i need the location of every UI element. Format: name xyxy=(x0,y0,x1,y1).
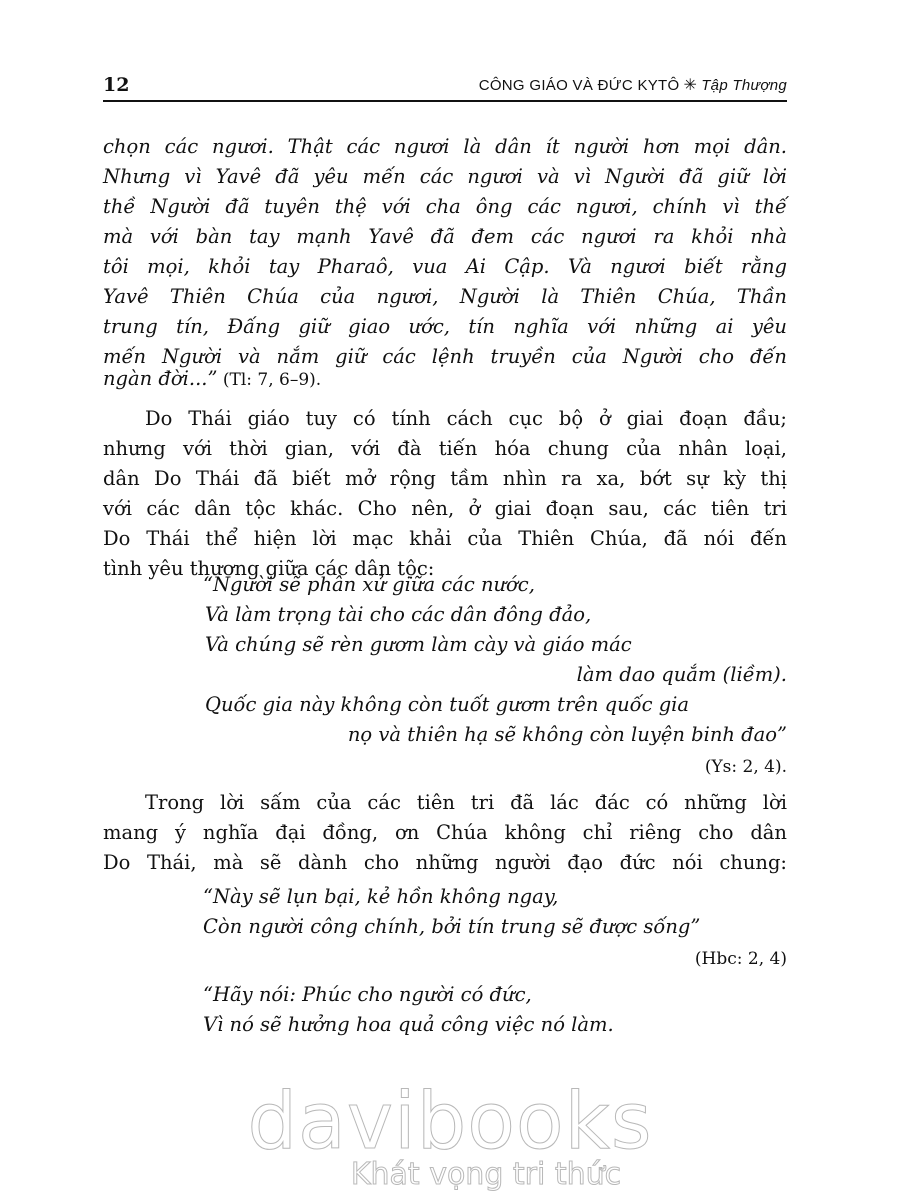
volume-label: Tập Thượng xyxy=(701,77,787,94)
verse-line: “Hãy nói: Phúc cho người có đức, xyxy=(203,980,532,1010)
citation: (Hbc: 2, 4) xyxy=(695,944,787,974)
verse-line: “Này sẽ lụn bại, kẻ hồn không ngay, xyxy=(203,882,558,912)
paragraph-line: Do Thái, mà sẽ dành cho những người đạo … xyxy=(103,848,787,878)
verse-line: làm dao quắm (liềm). xyxy=(577,660,787,690)
verse-line: nọ và thiên hạ sẽ không còn luyện binh đ… xyxy=(348,720,787,750)
quote-line: Nhưng vì Yavê đã yêu mến các ngươi và vì… xyxy=(103,162,787,192)
verse-line: Còn người công chính, bởi tín trung sẽ đ… xyxy=(203,912,700,942)
quote-line: Yavê Thiên Chúa của ngươi, Người là Thiê… xyxy=(103,282,787,312)
paragraph-line: Do Thái thể hiện lời mạc khải của Thiên … xyxy=(103,524,787,554)
book-page: 12 CÔNG GIÁO VÀ ĐỨC KYTÔ✳Tập Thượng chọn… xyxy=(0,0,900,1200)
running-title: CÔNG GIÁO VÀ ĐỨC KYTÔ✳Tập Thượng xyxy=(479,76,787,96)
verse-line: Và làm trọng tài cho các dân đông đảo, xyxy=(205,600,591,630)
verse-line: “Người sẽ phân xử giữa các nước, xyxy=(203,570,535,600)
paragraph-line: với các dân tộc khác. Cho nên, ở giai đo… xyxy=(103,494,787,524)
asterisk-ornament-icon: ✳ xyxy=(684,77,698,94)
watermark-tagline: Khát vọng tri thức xyxy=(36,1158,900,1192)
paragraph-line: mang ý nghĩa đại đồng, ơn Chúa không chỉ… xyxy=(103,818,787,848)
page-number: 12 xyxy=(103,74,129,96)
paragraph-line: Trong lời sấm của các tiên tri đã lác đá… xyxy=(145,788,787,818)
quote-line: mà với bàn tay mạnh Yavê đã đem các ngươ… xyxy=(103,222,787,252)
book-title: CÔNG GIÁO VÀ ĐỨC KYTÔ xyxy=(479,77,680,94)
quote-last-line: ngàn đời...” (Tl: 7, 6–9). xyxy=(103,364,787,395)
quote-line: tôi mọi, khỏi tay Pharaô, vua Ai Cập. Và… xyxy=(103,252,787,282)
verse-line: Vì nó sẽ hưởng hoa quả công việc nó làm. xyxy=(203,1010,614,1040)
running-header: 12 CÔNG GIÁO VÀ ĐỨC KYTÔ✳Tập Thượng xyxy=(103,74,787,102)
quote-line: chọn các ngươi. Thật các ngươi là dân ít… xyxy=(103,132,787,162)
paragraph-line: nhưng với thời gian, với đà tiến hóa chu… xyxy=(103,434,787,464)
watermark-brand: davibooks xyxy=(0,1082,900,1162)
citation: (Ys: 2, 4). xyxy=(705,752,787,782)
verse-line: Quốc gia này không còn tuốt gươm trên qu… xyxy=(205,690,689,720)
paragraph-line: Do Thái giáo tuy có tính cách cục bộ ở g… xyxy=(145,404,787,434)
quote-ending: ngàn đời...” xyxy=(103,367,217,390)
paragraph-line: dân Do Thái đã biết mở rộng tầm nhìn ra … xyxy=(103,464,787,494)
quote-line: trung tín, Đấng giữ giao ước, tín nghĩa … xyxy=(103,312,787,342)
citation: (Tl: 7, 6–9). xyxy=(217,370,321,390)
verse-line: Và chúng sẽ rèn gươm làm cày và giáo mác xyxy=(205,630,632,660)
quote-line: thề Người đã tuyên thệ với cha ông các n… xyxy=(103,192,787,222)
